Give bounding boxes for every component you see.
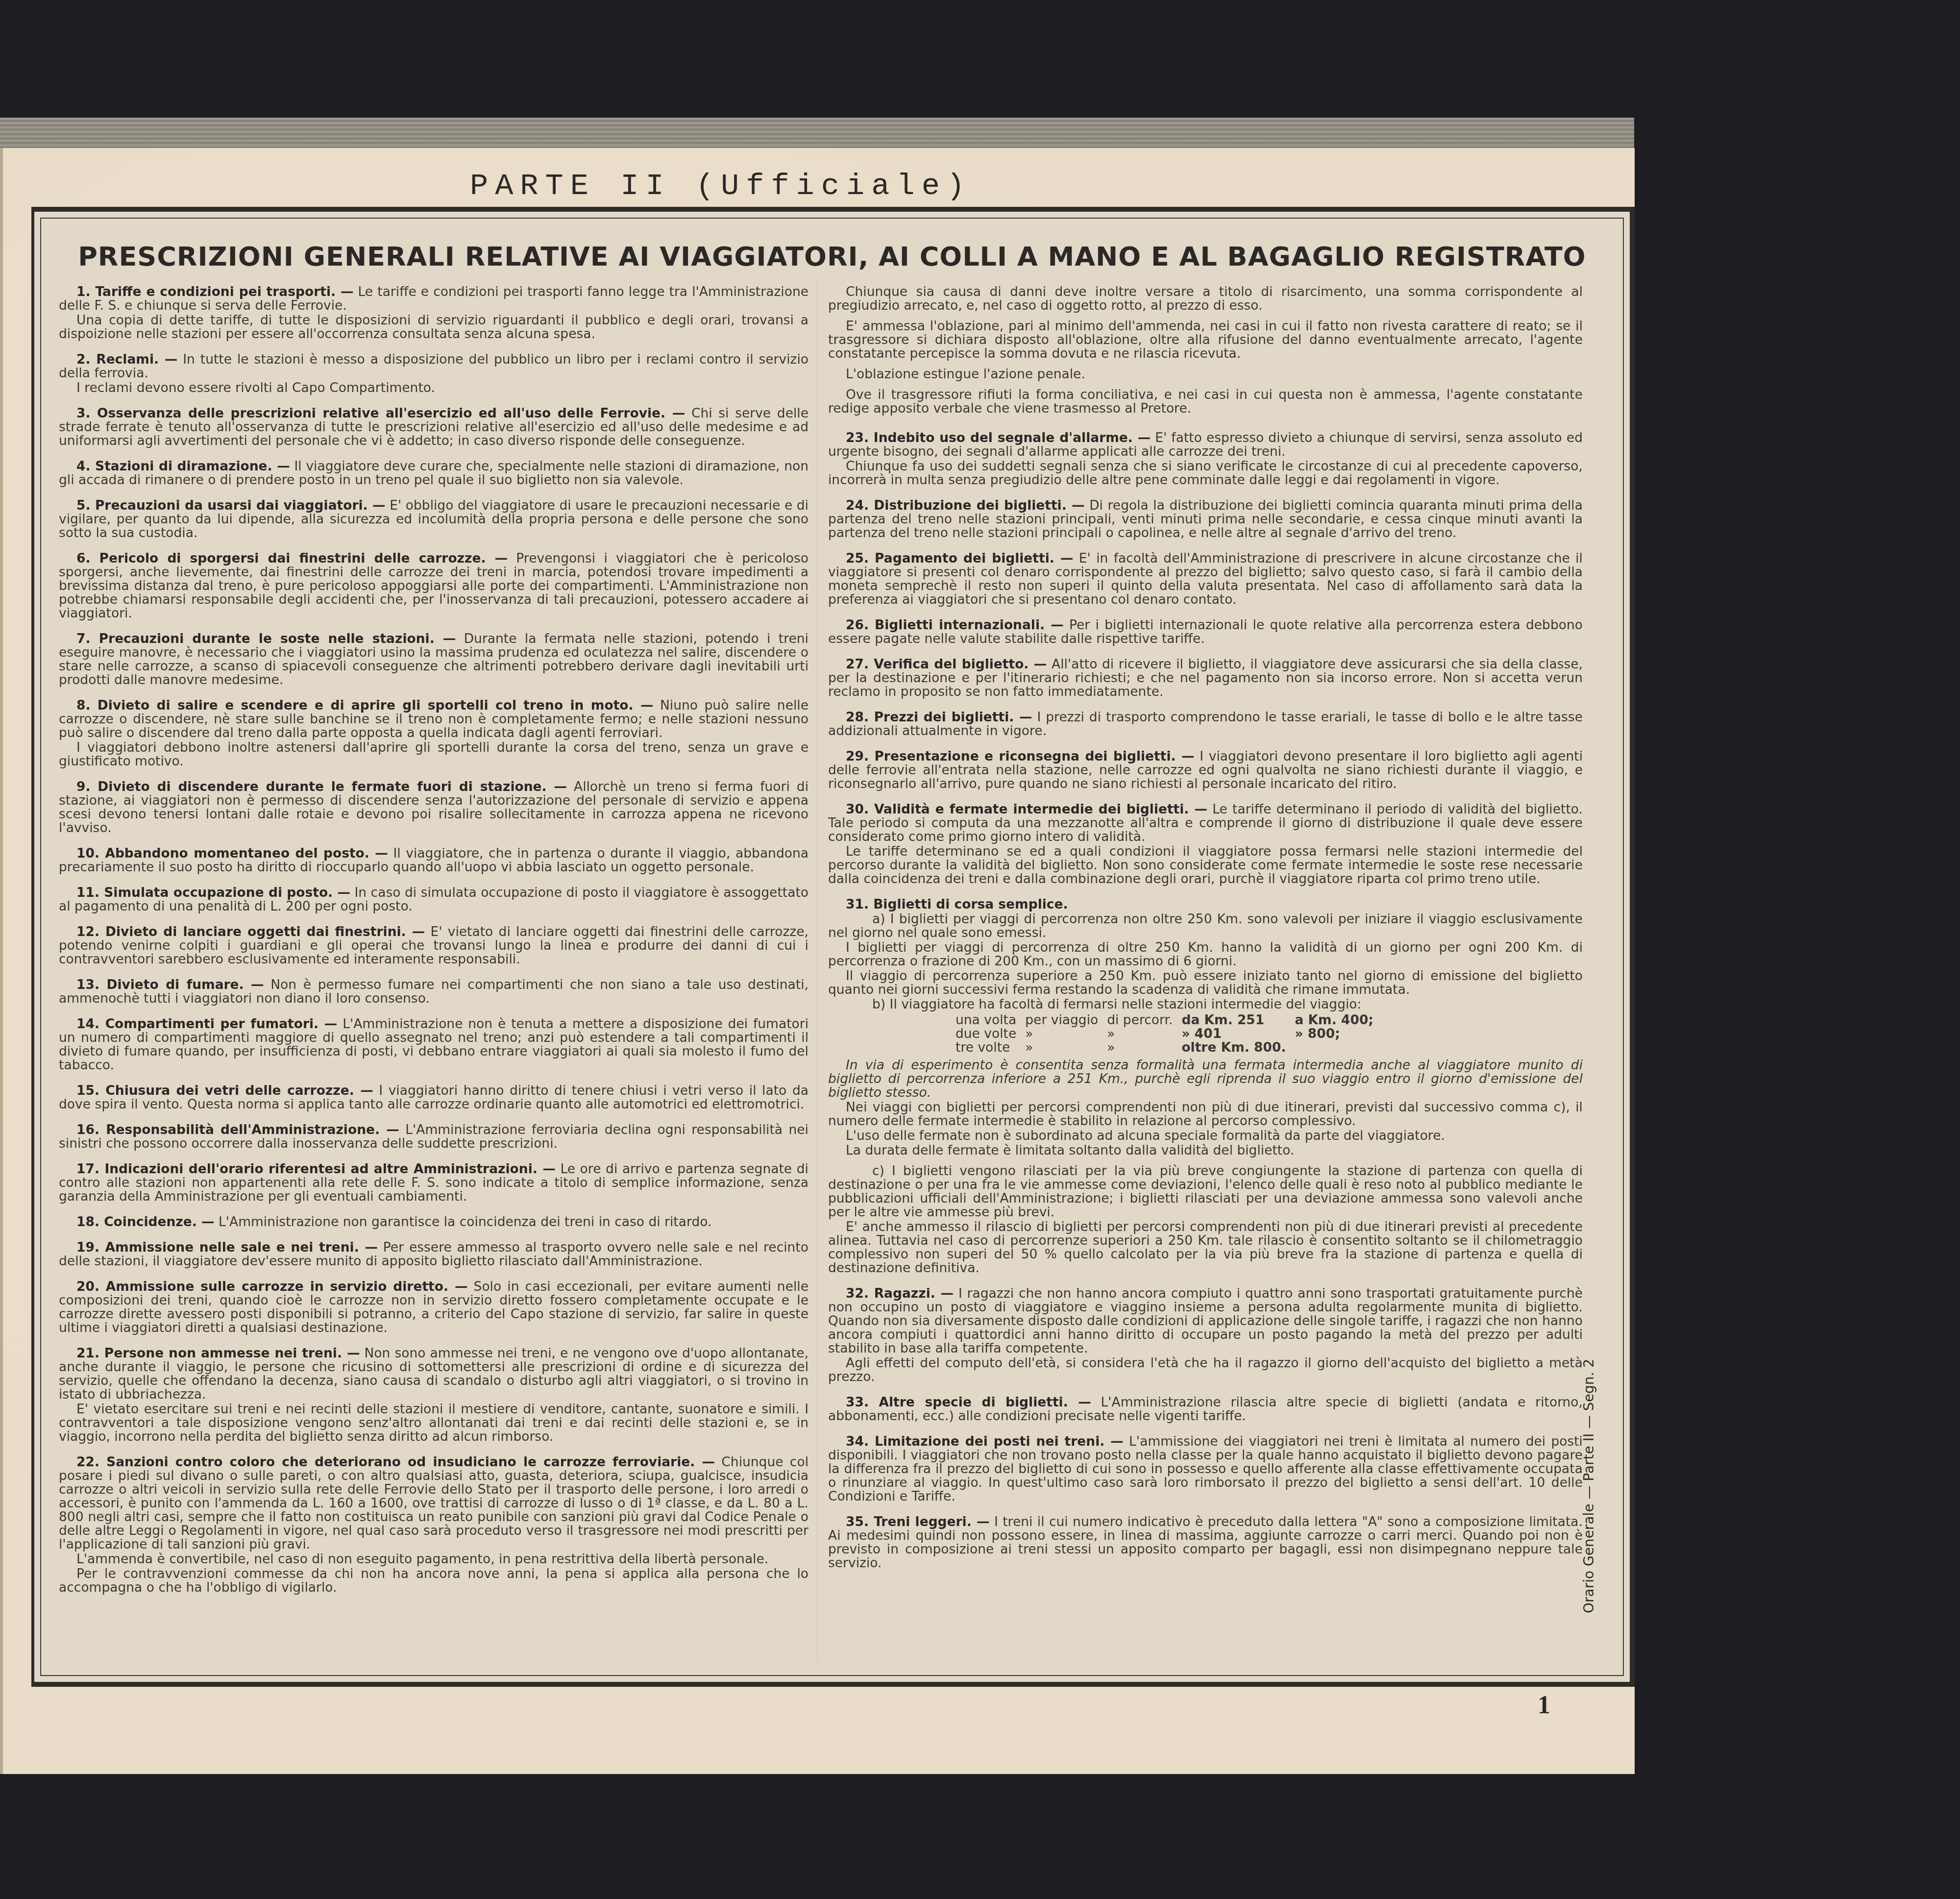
table-cell: » — [1107, 1027, 1181, 1041]
page-stack-edge — [0, 118, 1634, 149]
article-heading: 19. Ammissione nelle sale e nei treni. — — [76, 1240, 378, 1255]
article-heading: 35. Treni leggeri. — — [846, 1514, 990, 1529]
article: 14. Compartimenti per fumatori. — L'Ammi… — [59, 1017, 808, 1072]
article: 34. Limitazione dei posti nei treni. — L… — [828, 1435, 1583, 1504]
page-number: 1 — [1538, 1691, 1550, 1720]
article: 24. Distribuzione dei biglietti. — Di re… — [828, 499, 1583, 540]
article-31: 31. Biglietti di corsa semplice. a) I bi… — [828, 898, 1583, 1275]
article-heading: 26. Biglietti internazionali. — — [846, 617, 1064, 633]
right-column: Chiunque sia causa di danni deve inoltre… — [828, 285, 1583, 1582]
article: 27. Verifica del biglietto. — All'atto d… — [828, 658, 1583, 699]
article: 20. Ammissione sulle carrozze in servizi… — [59, 1280, 808, 1335]
continuation-paragraph: E' ammessa l'oblazione, pari al minimo d… — [828, 320, 1583, 361]
continuation-paragraph: Chiunque sia causa di danni deve inoltre… — [828, 285, 1583, 313]
article-heading: 33. Altre specie di biglietti. — — [846, 1395, 1091, 1410]
spine-label: Orario Generale — Parte II — Segn. 2 — [1581, 1427, 1600, 1613]
continuation-paragraph: L'oblazione estingue l'azione penale. — [828, 368, 1583, 381]
article: 11. Simulata occupazione di posto. — In … — [59, 886, 808, 913]
table-row: due volte»»» 401» 800; — [955, 1027, 1382, 1041]
article: 21. Persone non ammesse nei treni. — Non… — [59, 1347, 808, 1444]
continuation-block: Chiunque sia causa di danni deve inoltre… — [828, 285, 1583, 431]
table-cell: due volte — [955, 1027, 1025, 1041]
article: 23. Indebito uso del segnale d'allarme. … — [828, 431, 1583, 487]
article-paragraph: L'ammenda è convertibile, nel caso di no… — [76, 1552, 768, 1567]
document-page: PARTE II (Ufficiale) PRESCRIZIONI GENERA… — [0, 148, 1635, 1774]
table-cell: » 401 — [1181, 1027, 1295, 1041]
articles-32-35: 32. Ragazzi. — I ragazzi che non hanno a… — [828, 1287, 1583, 1570]
article-heading: 18. Coincidenze. — — [76, 1214, 215, 1230]
article-heading: 14. Compartimenti per fumatori. — — [76, 1016, 337, 1032]
article-31-italic-note: In via di esperimento è consentita senza… — [828, 1059, 1583, 1100]
table-row: tre volte»»oltre Km. 800. — [955, 1041, 1382, 1055]
article: 1. Tariffe e condizioni pei trasporti. —… — [59, 285, 808, 341]
article-heading: 11. Simulata occupazione di posto. — — [76, 885, 350, 900]
table-cell: » — [1025, 1041, 1107, 1055]
article: 6. Pericolo di sporgersi dai finestrini … — [59, 552, 808, 620]
left-column: 1. Tariffe e condizioni pei trasporti. —… — [59, 285, 808, 1606]
article-heading: 12. Divieto di lanciare oggetti dai fine… — [76, 924, 425, 939]
table-cell: tre volte — [955, 1041, 1025, 1055]
content-frame: PRESCRIZIONI GENERALI RELATIVE AI VIAGGI… — [31, 207, 1635, 1687]
article-31-para-b: b) Il viaggiatore ha facoltà di fermarsi… — [828, 998, 1583, 1011]
article: 15. Chiusura dei vetri delle carrozze. —… — [59, 1084, 808, 1111]
article-31-para-b2: Nei viaggi con biglietti per percorsi co… — [828, 1101, 1583, 1128]
table-row: una voltaper viaggiodi percorr.da Km. 25… — [955, 1013, 1382, 1027]
articles-23-30: 23. Indebito uso del segnale d'allarme. … — [828, 431, 1583, 886]
spine-text: Orario Generale — Parte II — Segn. 2 — [1581, 1359, 1597, 1613]
article-paragraph: Chiunque col posare i piedi sul divano o… — [59, 1455, 808, 1552]
article: 22. Sanzioni contro coloro che deteriora… — [59, 1455, 808, 1595]
table-cell — [1295, 1041, 1382, 1055]
article: 2. Reclami. — In tutte le stazioni è mes… — [59, 353, 808, 395]
article: 19. Ammissione nelle sale e nei treni. —… — [59, 1241, 808, 1268]
article-paragraph: E' vietato esercitare sui treni e nei re… — [59, 1402, 808, 1444]
article-31-para-b4: La durata delle fermate è limitata solta… — [828, 1144, 1583, 1158]
article-heading: 17. Indicazioni dell'orario riferentesi … — [76, 1161, 556, 1177]
article-31-para-b3: L'uso delle fermate non è subordinato ad… — [828, 1129, 1583, 1143]
article-heading: 23. Indebito uso del segnale d'allarme. … — [846, 430, 1151, 445]
article-heading: 20. Ammissione sulle carrozze in servizi… — [76, 1279, 467, 1294]
article-heading: 27. Verifica del biglietto. — — [846, 657, 1047, 672]
article-paragraph: I viaggiatori debbono inoltre astenersi … — [59, 740, 808, 769]
article-heading: 8. Divieto di salire e scendere e di apr… — [76, 698, 653, 713]
article-paragraph: L'Amministrazione non garantisce la coin… — [219, 1214, 711, 1230]
article-heading: 32. Ragazzi. — — [846, 1286, 954, 1301]
article: 18. Coincidenze. — L'Amministrazione non… — [59, 1215, 808, 1229]
article: 30. Validità e fermate intermedie dei bi… — [828, 803, 1583, 886]
article-heading: 22. Sanzioni contro coloro che deteriora… — [76, 1455, 715, 1470]
article-heading: 9. Divieto di discendere durante le ferm… — [76, 779, 567, 794]
article: 12. Divieto di lanciare oggetti dai fine… — [59, 925, 808, 966]
continuation-paragraph: Ove il trasgressore rifiuti la forma con… — [828, 388, 1583, 416]
article-31-para-c1: c) I biglietti vengono rilasciati per la… — [828, 1164, 1583, 1219]
article-paragraph: Le tariffe determinano se ed a quali con… — [828, 844, 1583, 887]
document-title: PRESCRIZIONI GENERALI RELATIVE AI VIAGGI… — [34, 241, 1630, 272]
article: 35. Treni leggeri. — I treni il cui nume… — [828, 1515, 1583, 1570]
article-heading: 24. Distribuzione dei biglietti. — — [846, 498, 1085, 513]
article-heading: 5. Precauzioni da usarsi dai viaggiatori… — [76, 498, 386, 513]
article-31-para-c2: E' anche ammesso il rilascio di bigliett… — [828, 1220, 1583, 1275]
article-heading: 13. Divieto di fumare. — — [76, 977, 264, 992]
table-cell: » 800; — [1295, 1027, 1382, 1041]
table-cell: » — [1025, 1027, 1107, 1041]
article-heading: 6. Pericolo di sporgersi dai finestrini … — [76, 551, 508, 566]
article-heading: 3. Osservanza delle prescrizioni relativ… — [76, 406, 685, 421]
article-heading: 29. Presentazione e riconsegna dei bigli… — [846, 749, 1195, 764]
article: 13. Divieto di fumare. — Non è permesso … — [59, 978, 808, 1006]
article-heading: 16. Responsabilità dell'Amministrazione.… — [76, 1122, 399, 1137]
article-paragraph: I reclami devono essere rivolti al Capo … — [76, 380, 435, 395]
article: 9. Divieto di discendere durante le ferm… — [59, 780, 808, 835]
table-cell: » — [1107, 1041, 1181, 1055]
article-paragraph: Una copia di dette tariffe, di tutte le … — [59, 313, 808, 342]
article: 4. Stazioni di diramazione. — Il viaggia… — [59, 460, 808, 487]
article: 25. Pagamento dei biglietti. — E' in fac… — [828, 552, 1583, 607]
table-cell: per viaggio — [1025, 1013, 1107, 1027]
article: 7. Precauzioni durante le soste nelle st… — [59, 632, 808, 687]
intermediate-stops-table: una voltaper viaggiodi percorr.da Km. 25… — [955, 1013, 1382, 1055]
table-cell: da Km. 251 — [1181, 1013, 1295, 1027]
article-heading: 7. Precauzioni durante le soste nelle st… — [76, 631, 456, 646]
article-heading: 25. Pagamento dei biglietti. — — [846, 551, 1073, 566]
article-31-para-a2: I biglietti per viaggi di percorrenza di… — [828, 941, 1583, 968]
article-heading: 10. Abbandono momentaneo del posto. — — [76, 846, 388, 861]
table-cell: di percorr. — [1107, 1013, 1181, 1027]
table-cell: a Km. 400; — [1295, 1013, 1382, 1027]
article-paragraph: Chiunque fa uso dei suddetti segnali sen… — [828, 459, 1583, 488]
article-31-para-a3: Il viaggio di percorrenza superiore a 25… — [828, 969, 1583, 997]
article: 10. Abbandono momentaneo del posto. — Il… — [59, 847, 808, 874]
article: 26. Biglietti internazionali. — Per i bi… — [828, 618, 1583, 646]
article: 29. Presentazione e riconsegna dei bigli… — [828, 750, 1583, 791]
article: 17. Indicazioni dell'orario riferentesi … — [59, 1162, 808, 1204]
article: 33. Altre specie di biglietti. — L'Ammin… — [828, 1396, 1583, 1423]
article: 32. Ragazzi. — I ragazzi che non hanno a… — [828, 1287, 1583, 1384]
article-paragraph: Per le contravvenzioni commesse da chi n… — [59, 1566, 808, 1595]
article-heading: 28. Prezzi dei biglietti. — — [846, 710, 1032, 725]
article-31-para-a1: a) I biglietti per viaggi di percorrenza… — [828, 913, 1583, 940]
article-heading: 15. Chiusura dei vetri delle carrozze. — — [76, 1083, 373, 1098]
column-divider — [817, 280, 818, 1662]
article-heading: 30. Validità e fermate intermedie dei bi… — [846, 802, 1207, 817]
article: 16. Responsabilità dell'Amministrazione.… — [59, 1123, 808, 1151]
article-heading: 4. Stazioni di diramazione. — — [76, 459, 290, 474]
article: 28. Prezzi dei biglietti. — I prezzi di … — [828, 711, 1583, 738]
article-heading: 21. Persone non ammesse nei treni. — — [76, 1346, 360, 1361]
article-heading: 34. Limitazione dei posti nei treni. — — [846, 1434, 1124, 1449]
table-cell: una volta — [955, 1013, 1025, 1027]
article-paragraph: Agli effetti del computo dell'età, si co… — [828, 1356, 1583, 1384]
article-heading: 1. Tariffe e condizioni pei trasporti. — — [76, 284, 353, 299]
article: 8. Divieto di salire e scendere e di apr… — [59, 699, 808, 768]
table-cell: oltre Km. 800. — [1181, 1041, 1295, 1055]
article-heading: 2. Reclami. — — [76, 352, 177, 367]
article: 3. Osservanza delle prescrizioni relativ… — [59, 407, 808, 448]
article-heading: 31. Biglietti di corsa semplice. — [846, 897, 1068, 912]
article: 5. Precauzioni da usarsi dai viaggiatori… — [59, 499, 808, 540]
page-header: PARTE II (Ufficiale) — [0, 169, 1537, 203]
